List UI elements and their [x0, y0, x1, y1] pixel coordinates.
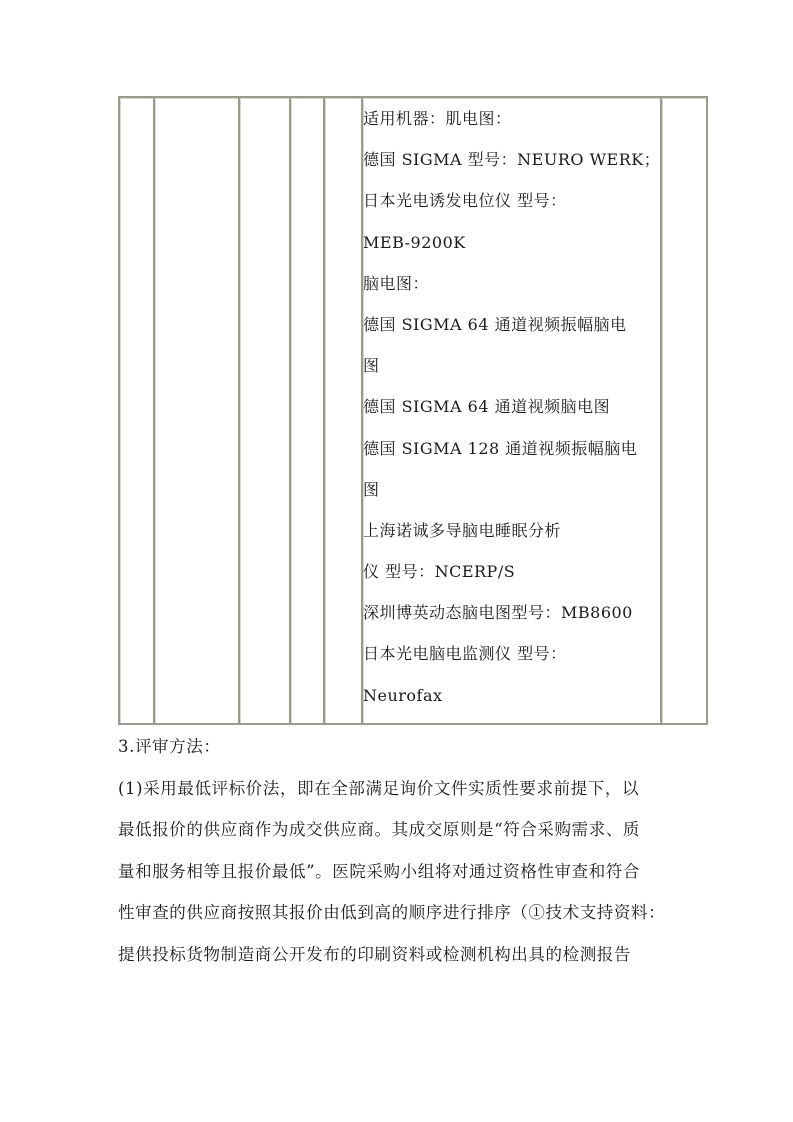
desc-line: 适用机器：肌电图： [363, 98, 660, 139]
table-cell-empty-3 [239, 97, 290, 724]
table-row: 适用机器：肌电图： 德国 SIGMA 型号：NEURO WERK； 日本光电诱发… [119, 97, 707, 724]
desc-line: 德国 SIGMA 型号：NEURO WERK； [363, 139, 660, 180]
evaluation-method-section: 3.评审方法： (1)采用最低评标价法，即在全部满足询价文件实质性要求前提下，以… [118, 726, 683, 975]
desc-line: MEB-9200K [363, 222, 660, 263]
table-cell-empty-5 [324, 97, 362, 724]
table-cell-empty-4 [290, 97, 324, 724]
desc-line: 仪 型号：NCERP/S [363, 551, 660, 592]
desc-line: Neurofax [363, 675, 660, 716]
section-heading: 3.评审方法： [118, 726, 683, 768]
paragraph-line: 提供投标货物制造商公开发布的印刷资料或检测机构出具的检测报告 [118, 934, 683, 976]
paragraph-line: 性审查的供应商按照其报价由低到高的顺序进行排序（①技术支持资料： [118, 892, 683, 934]
table-cell-empty-last [661, 97, 707, 724]
desc-line: 日本光电诱发电位仪 型号： [363, 180, 660, 221]
desc-line: 上海诺诚多导脑电睡眠分析 [363, 510, 660, 551]
table-cell-empty-1 [119, 97, 154, 724]
table-cell-empty-2 [154, 97, 239, 724]
desc-line: 深圳博英动态脑电图型号：MB8600 [363, 592, 660, 633]
desc-line: 图 [363, 345, 660, 386]
desc-line: 德国 SIGMA 64 通道视频脑电图 [363, 386, 660, 427]
paragraph-line: (1)采用最低评标价法，即在全部满足询价文件实质性要求前提下，以 [118, 768, 683, 810]
desc-line: 日本光电脑电监测仪 型号： [363, 633, 660, 674]
equipment-spec-table: 适用机器：肌电图： 德国 SIGMA 型号：NEURO WERK； 日本光电诱发… [118, 96, 708, 725]
paragraph-line: 最低报价的供应商作为成交供应商。其成交原则是“符合采购需求、质 [118, 809, 683, 851]
document-page: 适用机器：肌电图： 德国 SIGMA 型号：NEURO WERK； 日本光电诱发… [0, 0, 793, 1122]
desc-line: 图 [363, 469, 660, 510]
desc-line: 德国 SIGMA 64 通道视频振幅脑电 [363, 304, 660, 345]
desc-line: 德国 SIGMA 128 通道视频振幅脑电 [363, 428, 660, 469]
applicable-machines-cell: 适用机器：肌电图： 德国 SIGMA 型号：NEURO WERK； 日本光电诱发… [362, 97, 661, 724]
paragraph-line: 量和服务相等且报价最低”。医院采购小组将对通过资格性审查和符合 [118, 851, 683, 893]
desc-line: 脑电图： [363, 263, 660, 304]
